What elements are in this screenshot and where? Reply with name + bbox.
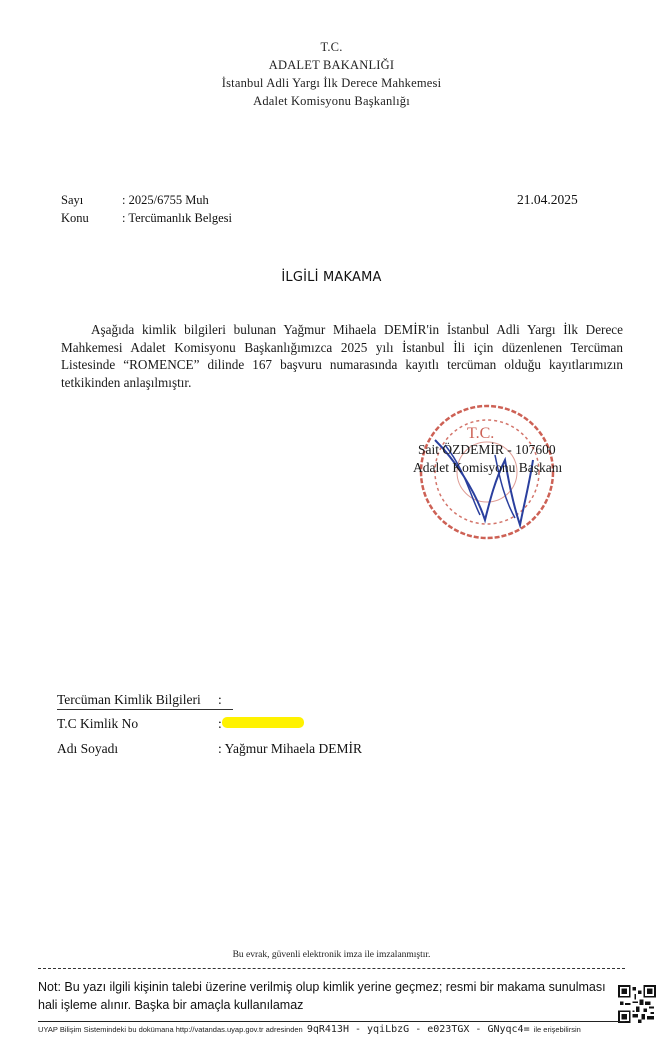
letterhead-court: İstanbul Adli Yargı İlk Derece Mahkemesi bbox=[0, 74, 663, 92]
signatory-title: Adalet Komisyonu Başkanı bbox=[413, 460, 562, 476]
identity-heading: Tercüman Kimlik Bilgileri bbox=[57, 692, 233, 710]
name-label: Adı Soyadı bbox=[57, 741, 118, 757]
uyap-suffix: ile erişebilirsin bbox=[534, 1025, 581, 1034]
uyap-verification-line: UYAP Bilişim Sistemindeki bu dokümana ht… bbox=[38, 1024, 581, 1035]
sayi-label: Sayı bbox=[61, 193, 83, 208]
esignature-note: Bu evrak, güvenli elektronik imza ile im… bbox=[0, 950, 663, 960]
letterhead: T.C. ADALET BAKANLIĞI İstanbul Adli Yarg… bbox=[0, 38, 663, 110]
qr-code-icon bbox=[618, 985, 656, 1023]
name-value: : Yağmur Mihaela DEMİR bbox=[218, 741, 362, 757]
konu-label: Konu bbox=[61, 211, 89, 226]
dashed-divider bbox=[38, 968, 625, 969]
footer-note: Not: Bu yazı ilgili kişinin talebi üzeri… bbox=[38, 978, 613, 1014]
signatory-name: Sait ÖZDEMİR - 107600 bbox=[418, 442, 556, 458]
identity-heading-colon: : bbox=[218, 692, 222, 708]
document-title: İLGİLİ MAKAMA bbox=[0, 270, 663, 285]
verification-code: 9qR413H - yqiLbzG - e023TGX - GNyqc4= bbox=[307, 1024, 530, 1035]
uyap-prefix: UYAP Bilişim Sistemindeki bu dokümana ht… bbox=[38, 1025, 303, 1034]
letterhead-line-tc: T.C. bbox=[0, 38, 663, 56]
tc-label: T.C Kimlik No bbox=[57, 716, 138, 732]
tc-number-redaction bbox=[222, 717, 304, 728]
document-date: 21.04.2025 bbox=[517, 192, 578, 208]
sayi-value: : 2025/6755 Muh bbox=[122, 193, 209, 208]
body-paragraph: Aşağıda kimlik bilgileri bulunan Yağmur … bbox=[61, 321, 623, 391]
letterhead-ministry: ADALET BAKANLIĞI bbox=[0, 56, 663, 74]
footer-divider bbox=[38, 1021, 625, 1022]
konu-value: : Tercümanlık Belgesi bbox=[122, 211, 232, 226]
letterhead-commission: Adalet Komisyonu Başkanlığı bbox=[0, 92, 663, 110]
svg-text:T.C.: T.C. bbox=[467, 425, 494, 442]
